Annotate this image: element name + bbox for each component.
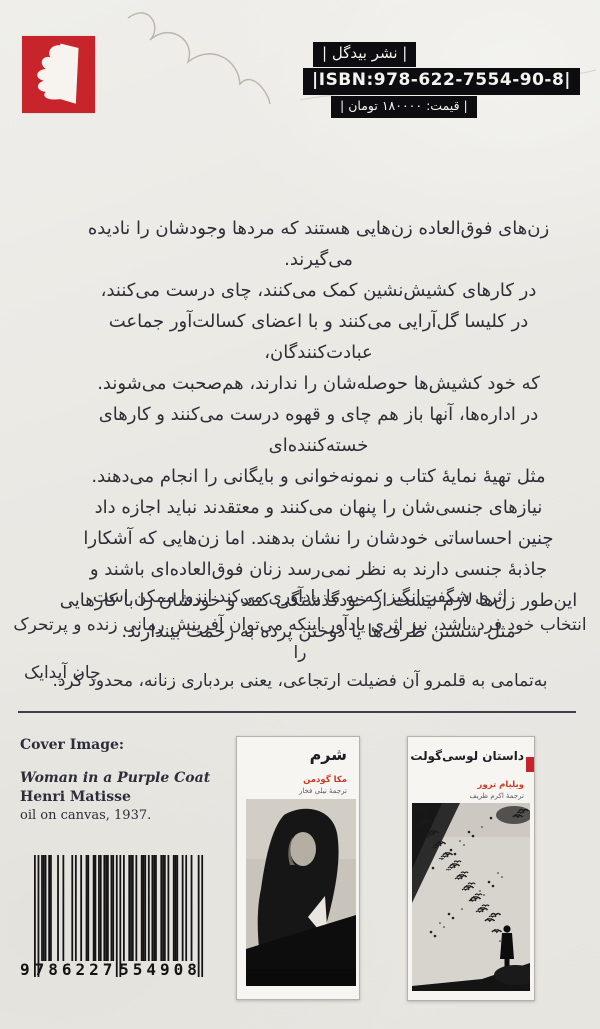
mini-publisher-logo [526, 757, 534, 772]
blurb-line: در کلیسا گل‌آرایی می‌کنند و با اعضای کسا… [55, 306, 582, 368]
review-line: انتخاب خود فرد باشد، نیز اثری یادآور این… [12, 611, 588, 667]
blurb-line: که خود کشیش‌ها حوصله‌شان را ندارند، هم‌ص… [55, 368, 582, 399]
book-title: شرم [310, 745, 347, 764]
cover-credit-block: Cover Image: Woman in a Purple Coat Henr… [20, 737, 210, 823]
cover-credit-heading: Cover Image: [20, 737, 210, 753]
book-author: مکا گودمن [303, 775, 347, 785]
book-title: داستان لوسی‌گولت [410, 749, 524, 763]
blurb-line: در کارهای کشیش‌نشین کمک می‌کنند، چای درس… [55, 275, 582, 306]
blurb-line: در اداره‌ها، آنها باز هم چای و قهوه درست… [55, 399, 582, 461]
blurb-line: نیازهای جنسی‌شان را پنهان می‌کنند و معتق… [55, 492, 582, 523]
artwork-artist: Henri Matisse [20, 789, 210, 805]
section-divider [18, 711, 576, 713]
shame-cover-photo [246, 799, 356, 986]
book-author: ویلیام ترور [478, 780, 524, 790]
price-strip: | قیمت: ۱۸۰۰۰۰ تومان | [331, 96, 477, 118]
book-fan-glyph [37, 43, 78, 103]
related-book-card-shame: شرم مکا گودمن ترجمهٔ نیلی فخار [236, 736, 360, 1000]
book-back-cover: { "colors": { "accent_red": "#c7242b", "… [0, 0, 600, 1029]
barcode-digits: 9 786227 554908 [20, 960, 202, 979]
barcode-prefix-digit: 9 [20, 960, 33, 979]
blurb-line: زن‌های فوق‌العاده زن‌هایی هستند که مردها… [55, 213, 582, 275]
publisher-name-strip: | نشر بیدگل | [313, 42, 416, 67]
blurb-line: چنین احساساتی خودشان را نشان بدهند. اما … [55, 523, 582, 554]
publisher-logo [22, 36, 95, 113]
barcode-right-group: 554908 [118, 960, 202, 979]
blurb-line: جاذبهٔ جنسی دارند به نظر نمی‌رسد زنان فو… [55, 554, 582, 585]
barcode: 9 786227 554908 [20, 853, 206, 998]
colophon-block: | نشر بیدگل | |ISBN:978-622-7554-90-8| |… [303, 42, 580, 118]
isbn-strip: |ISBN:978-622-7554-90-8| [303, 68, 580, 95]
book-translator: ترجمهٔ نیلی فخار [299, 787, 347, 795]
lucy-gault-cover-photo [412, 803, 530, 991]
review-line: اثری شگفت‌انگیز که به ما یادآوری می‌کند … [12, 583, 588, 611]
book-translator: ترجمهٔ اکرم ظریف [470, 792, 525, 800]
blurb-paragraph: زن‌های فوق‌العاده زن‌هایی هستند که مردها… [55, 213, 582, 647]
artwork-title: Woman in a Purple Coat [20, 770, 210, 786]
blurb-line: مثل تهیهٔ نمایهٔ کتاب و نمونه‌خوانی و با… [55, 461, 582, 492]
related-book-card-lucy-gault: داستان لوسی‌گولت ویلیام ترور ترجمهٔ اکرم… [407, 736, 535, 1001]
artwork-medium: oil on canvas, 1937. [20, 808, 210, 823]
review-attribution: جان آپدایک [24, 663, 101, 683]
barcode-left-group: 786227 [33, 960, 118, 979]
